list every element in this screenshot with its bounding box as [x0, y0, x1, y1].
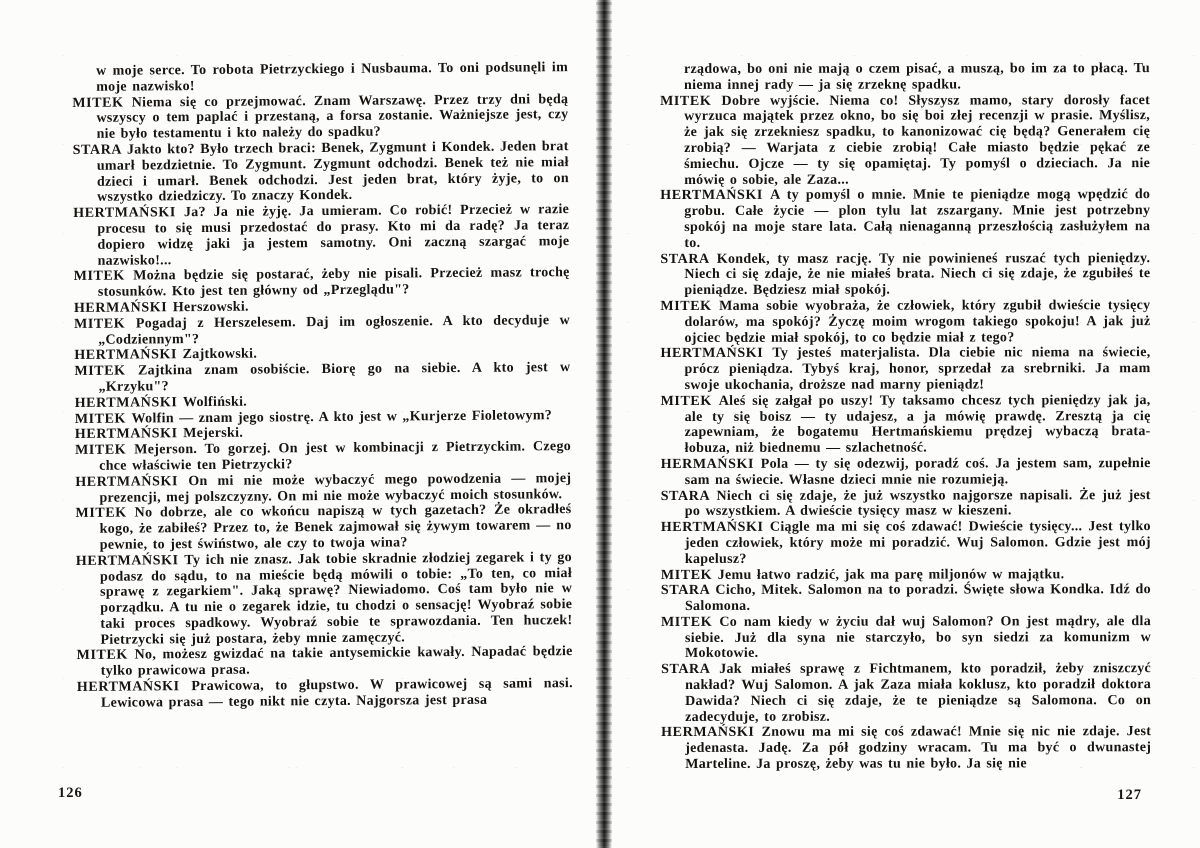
- dialogue-paragraph: MITEK Dobre wyjście. Niema co! Słyszysz …: [660, 93, 1150, 189]
- dialogue-paragraph: STARA Jak miałeś sprawę z Fichtmanem, kt…: [661, 661, 1151, 725]
- speaker-name: HERTMAŃSKI: [75, 426, 183, 442]
- speaker-name: STARA: [661, 662, 719, 677]
- speaker-name: STARA: [661, 583, 716, 598]
- speaker-name: MITEK: [75, 443, 134, 458]
- speaker-name: MITEK: [661, 567, 718, 582]
- speaker-name: HERTMAŃSKI: [660, 346, 772, 361]
- dialogue-paragraph: HERTMAŃSKI Ciągle ma mi się coś zdawać! …: [661, 519, 1151, 567]
- dialogue-paragraph: MITEK Mama sobie wyobraża, że człowiek, …: [660, 298, 1150, 346]
- speaker-name: HERMAŃSKI: [661, 457, 761, 472]
- page-left-text: w moje serce. To robota Pietrzyckiego i …: [72, 60, 573, 712]
- dialogue-paragraph: rządowa, bo oni nie mają o czem pisać, a…: [660, 61, 1150, 93]
- page-number-left: 126: [58, 785, 83, 802]
- speaker-name: HERTMAŃSKI: [75, 395, 183, 411]
- dialogue-paragraph: HERTMAŃSKI Ty jesteś materjalista. Dla c…: [660, 345, 1150, 393]
- speaker-name: HERMAŃSKI: [661, 725, 761, 740]
- speaker-name: HERTMAŃSKI: [661, 520, 770, 535]
- page-number-right: 127: [1117, 787, 1142, 804]
- speaker-name: HERTMAŃSKI: [76, 553, 185, 569]
- speaker-name: STARA: [660, 251, 716, 266]
- speaker-name: HERTMAŃSKI: [73, 205, 184, 221]
- dialogue-paragraph: HERTMAŃSKI A ty pomyśl o mnie. Mnie te p…: [660, 188, 1150, 252]
- dialogue-paragraph: MITEK No dobrze, ale co wkońcu napiszą w…: [75, 502, 571, 553]
- dialogue-paragraph: MITEK Aleś się załgał po uszy! Ty taksam…: [661, 393, 1151, 457]
- speaker-name: HERTMAŃSKI: [75, 474, 188, 490]
- speaker-name: HERTMAŃSKI: [77, 679, 192, 695]
- dialogue-paragraph: HERMAŃSKI Znowu ma mi się coś zdawać! Mn…: [661, 725, 1151, 773]
- speaker-name: STARA: [661, 488, 717, 503]
- dialogue-paragraph: MITEK Mejerson. To gorzej. On jest w kom…: [75, 439, 571, 474]
- page-right: rządowa, bo oni nie mają o czem pisać, a…: [612, 0, 1200, 848]
- dialogue-paragraph: MITEK Zajtkina znam osobiście. Biorę go …: [74, 360, 570, 395]
- dialogue-paragraph: HERMAŃSKI Pola — ty się odezwij, poradź …: [661, 456, 1151, 488]
- dialogue-paragraph: HERTMAŃSKI Ja? Ja nie żyję. Ja umieram. …: [73, 202, 569, 269]
- speaker-name: MITEK: [75, 411, 132, 426]
- speaker-name: HERTMAŃSKI: [74, 347, 182, 363]
- book-spread: w moje serce. To robota Pietrzyckiego i …: [0, 0, 1200, 848]
- dialogue-paragraph: STARA Kondek, ty masz rację. Ty nie powi…: [660, 251, 1150, 299]
- speaker-name: MITEK: [72, 95, 132, 110]
- page-right-text: rządowa, bo oni nie mają o czem pisać, a…: [660, 61, 1151, 773]
- dialogue-paragraph: w moje serce. To robota Pietrzyckiego i …: [72, 60, 568, 95]
- speaker-name: HERTMAŃSKI: [660, 188, 770, 203]
- speaker-name: MITEK: [661, 394, 719, 409]
- speaker-name: MITEK: [75, 506, 134, 521]
- page-left: w moje serce. To robota Pietrzyckiego i …: [0, 0, 596, 848]
- speaker-name: MITEK: [74, 364, 138, 379]
- dialogue-paragraph: STARA Jakto kto? Było trzech braci: Bene…: [73, 139, 569, 206]
- dialogue-paragraph: MITEK Pogadaj z Herszelesem. Daj im ogło…: [74, 313, 570, 348]
- dialogue-paragraph: HERTMAŃSKI Ty ich nie znasz. Jak tobie s…: [76, 550, 573, 649]
- speaker-name: MITEK: [661, 615, 719, 630]
- speaker-name: MITEK: [660, 299, 719, 314]
- speaker-name: MITEK: [77, 648, 135, 663]
- speaker-name: STARA: [73, 143, 127, 158]
- dialogue-paragraph: MITEK Jemu łatwo radzić, jak ma parę mil…: [661, 567, 1151, 584]
- dialogue-paragraph: HERTMAŃSKI On mi nie może wybaczyć mego …: [75, 471, 571, 506]
- book-gutter: [596, 0, 612, 848]
- speaker-name: MITEK: [74, 269, 134, 284]
- speaker-name: MITEK: [660, 93, 721, 108]
- speaker-name: HERMAŃSKI: [74, 300, 173, 316]
- dialogue-paragraph: MITEK Niema się co przejmować. Znam Wars…: [72, 92, 568, 143]
- dialogue-paragraph: MITEK No, możesz gwizdać na takie antyse…: [77, 645, 573, 680]
- dialogue-paragraph: STARA Cicho, Mitek. Salomon na to poradz…: [661, 582, 1151, 614]
- dialogue-paragraph: STARA Niech ci się zdaje, że już wszystk…: [661, 488, 1151, 520]
- dialogue-paragraph: MITEK Można będzie się postarać, żeby ni…: [74, 265, 570, 300]
- speaker-name: MITEK: [74, 316, 136, 331]
- dialogue-paragraph: MITEK Co nam kiedy w życiu dał wuj Salom…: [661, 614, 1151, 662]
- dialogue-paragraph: HERTMAŃSKI Prawicowa, to głupstwo. W pra…: [77, 676, 573, 711]
